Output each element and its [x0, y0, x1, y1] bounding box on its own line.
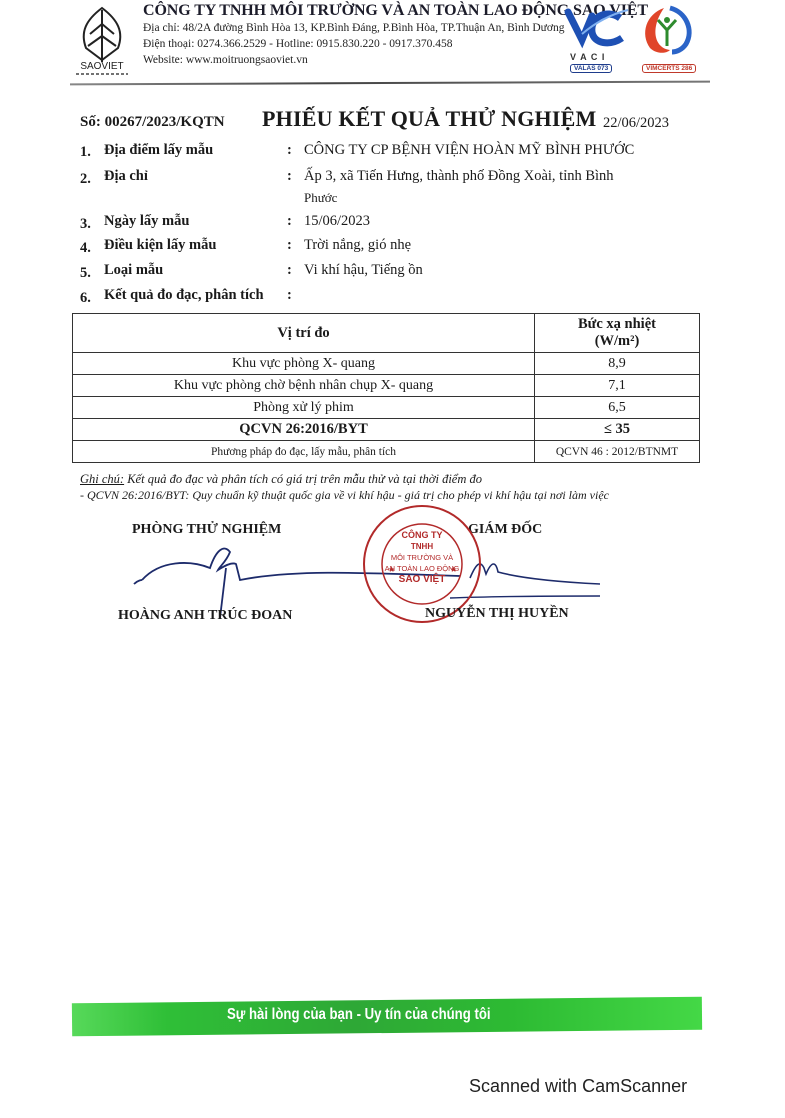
- vaci-label: V A C I: [570, 52, 605, 62]
- document-number: Số: 00267/2023/KQTN: [80, 114, 225, 131]
- lab-signer-name: HOÀNG ANH TRÚC ĐOAN: [118, 608, 292, 624]
- field-label: Địa điểm lấy mẫu: [104, 142, 213, 159]
- method-label: Phương pháp đo đạc, lấy mẫu, phân tích: [73, 441, 535, 463]
- field-value: 15/06/2023: [304, 213, 370, 230]
- note-prefix: Ghi chú:: [80, 472, 124, 486]
- field-number: 6.: [80, 290, 91, 307]
- table-row: Khu vực phòng X- quang 8,9: [73, 353, 700, 375]
- field-number: 3.: [80, 216, 91, 233]
- note-line-1: Ghi chú: Kết quả đo đạc và phân tích có …: [80, 472, 482, 487]
- header-radiant-heat: Bức xạ nhiệt (W/m²): [535, 314, 700, 353]
- camscanner-watermark: Scanned with CamScanner: [469, 1076, 687, 1097]
- table-header-row: Vị trí đo Bức xạ nhiệt (W/m²): [73, 314, 700, 353]
- company-address: Địa chỉ: 48/2A đường Bình Hòa 13, KP.Bìn…: [143, 22, 565, 34]
- cell-value: 7,1: [535, 375, 700, 397]
- field-value: Trời nắng, gió nhẹ: [304, 237, 411, 254]
- standard-label: QCVN 26:2016/BYT: [73, 419, 535, 441]
- slogan-text: Sự hài lòng của bạn - Uy tín của chúng t…: [227, 1006, 491, 1024]
- vaci-logo: V A C I VALAS 073: [562, 4, 630, 72]
- standard-row: QCVN 26:2016/BYT ≤ 35: [73, 419, 700, 441]
- svg-text:SAOVIET: SAOVIET: [80, 61, 123, 72]
- field-label: Địa chỉ: [104, 168, 148, 185]
- company-phone: Điện thoại: 0274.366.2529 - Hotline: 091…: [143, 38, 453, 50]
- field-colon: :: [287, 287, 292, 304]
- header-value-unit: (W/m²): [539, 333, 695, 350]
- field-value: Vi khí hậu, Tiếng ồn: [304, 262, 423, 279]
- lab-title: PHÒNG THỬ NGHIỆM: [132, 522, 281, 538]
- document-date: 22/06/2023: [603, 115, 669, 132]
- header-divider: [70, 81, 710, 86]
- results-table: Vị trí đo Bức xạ nhiệt (W/m²) Khu vực ph…: [72, 313, 700, 463]
- valas-badge: VALAS 073: [570, 64, 612, 73]
- table-row: Phòng xử lý phim 6,5: [73, 397, 700, 419]
- field-label: Loại mẫu: [104, 262, 163, 279]
- field-label: Kết quả đo đạc, phân tích: [104, 287, 264, 304]
- cell-location: Khu vực phòng X- quang: [73, 353, 535, 375]
- field-number: 4.: [80, 240, 91, 257]
- field-colon: :: [287, 237, 292, 254]
- cell-location: Khu vực phòng chờ bệnh nhân chụp X- quan…: [73, 375, 535, 397]
- cell-value: 8,9: [535, 353, 700, 375]
- cell-location: Phòng xử lý phim: [73, 397, 535, 419]
- header-location: Vị trí đo: [73, 314, 535, 353]
- table-row: Khu vực phòng chờ bệnh nhân chụp X- quan…: [73, 375, 700, 397]
- saoviet-logo: SAOVIET: [72, 4, 132, 76]
- field-value: CÔNG TY CP BỆNH VIỆN HOÀN MỸ BÌNH PHƯỚC: [304, 142, 634, 159]
- field-label: Ngày lấy mẫu: [104, 213, 189, 230]
- field-label: Điều kiện lấy mẫu: [104, 237, 216, 254]
- method-row: Phương pháp đo đạc, lấy mẫu, phân tích Q…: [73, 441, 700, 463]
- method-value: QCVN 46 : 2012/BTNMT: [535, 441, 700, 463]
- director-name: NGUYỄN THỊ HUYỀN: [425, 606, 569, 622]
- field-number: 1.: [80, 144, 91, 161]
- stamp-line: CÔNG TY: [360, 530, 484, 541]
- standard-limit: ≤ 35: [535, 419, 700, 441]
- note-text: Kết quả đo đạc và phân tích có giá trị t…: [124, 472, 482, 486]
- vimcerts-badge: VIMCERTS 286: [642, 64, 696, 73]
- field-colon: :: [287, 168, 292, 185]
- field-value-continued: Phước: [304, 190, 337, 206]
- stamp-line: SAO VIỆT: [360, 574, 484, 585]
- stamp-line: AN TOÀN LAO ĐỘNG: [360, 563, 484, 574]
- field-colon: :: [287, 142, 292, 159]
- vimcerts-logo: VIMCERTS 286: [636, 4, 696, 72]
- field-colon: :: [287, 213, 292, 230]
- stamp-line: TNHH: [360, 541, 484, 552]
- cell-value: 6,5: [535, 397, 700, 419]
- company-website: Website: www.moitruongsaoviet.vn: [143, 54, 308, 66]
- header-value-line1: Bức xạ nhiệt: [539, 316, 695, 333]
- document-title: PHIẾU KẾT QUẢ THỬ NGHIỆM: [262, 106, 596, 132]
- field-number: 2.: [80, 171, 91, 188]
- field-colon: :: [287, 262, 292, 279]
- field-value: Ấp 3, xã Tiến Hưng, thành phố Đồng Xoài,…: [304, 168, 614, 185]
- stamp-line: MÔI TRƯỜNG VÀ: [360, 552, 484, 563]
- field-number: 5.: [80, 265, 91, 282]
- note-line-2: - QCVN 26:2016/BYT: Quy chuẩn kỹ thuật q…: [80, 488, 609, 503]
